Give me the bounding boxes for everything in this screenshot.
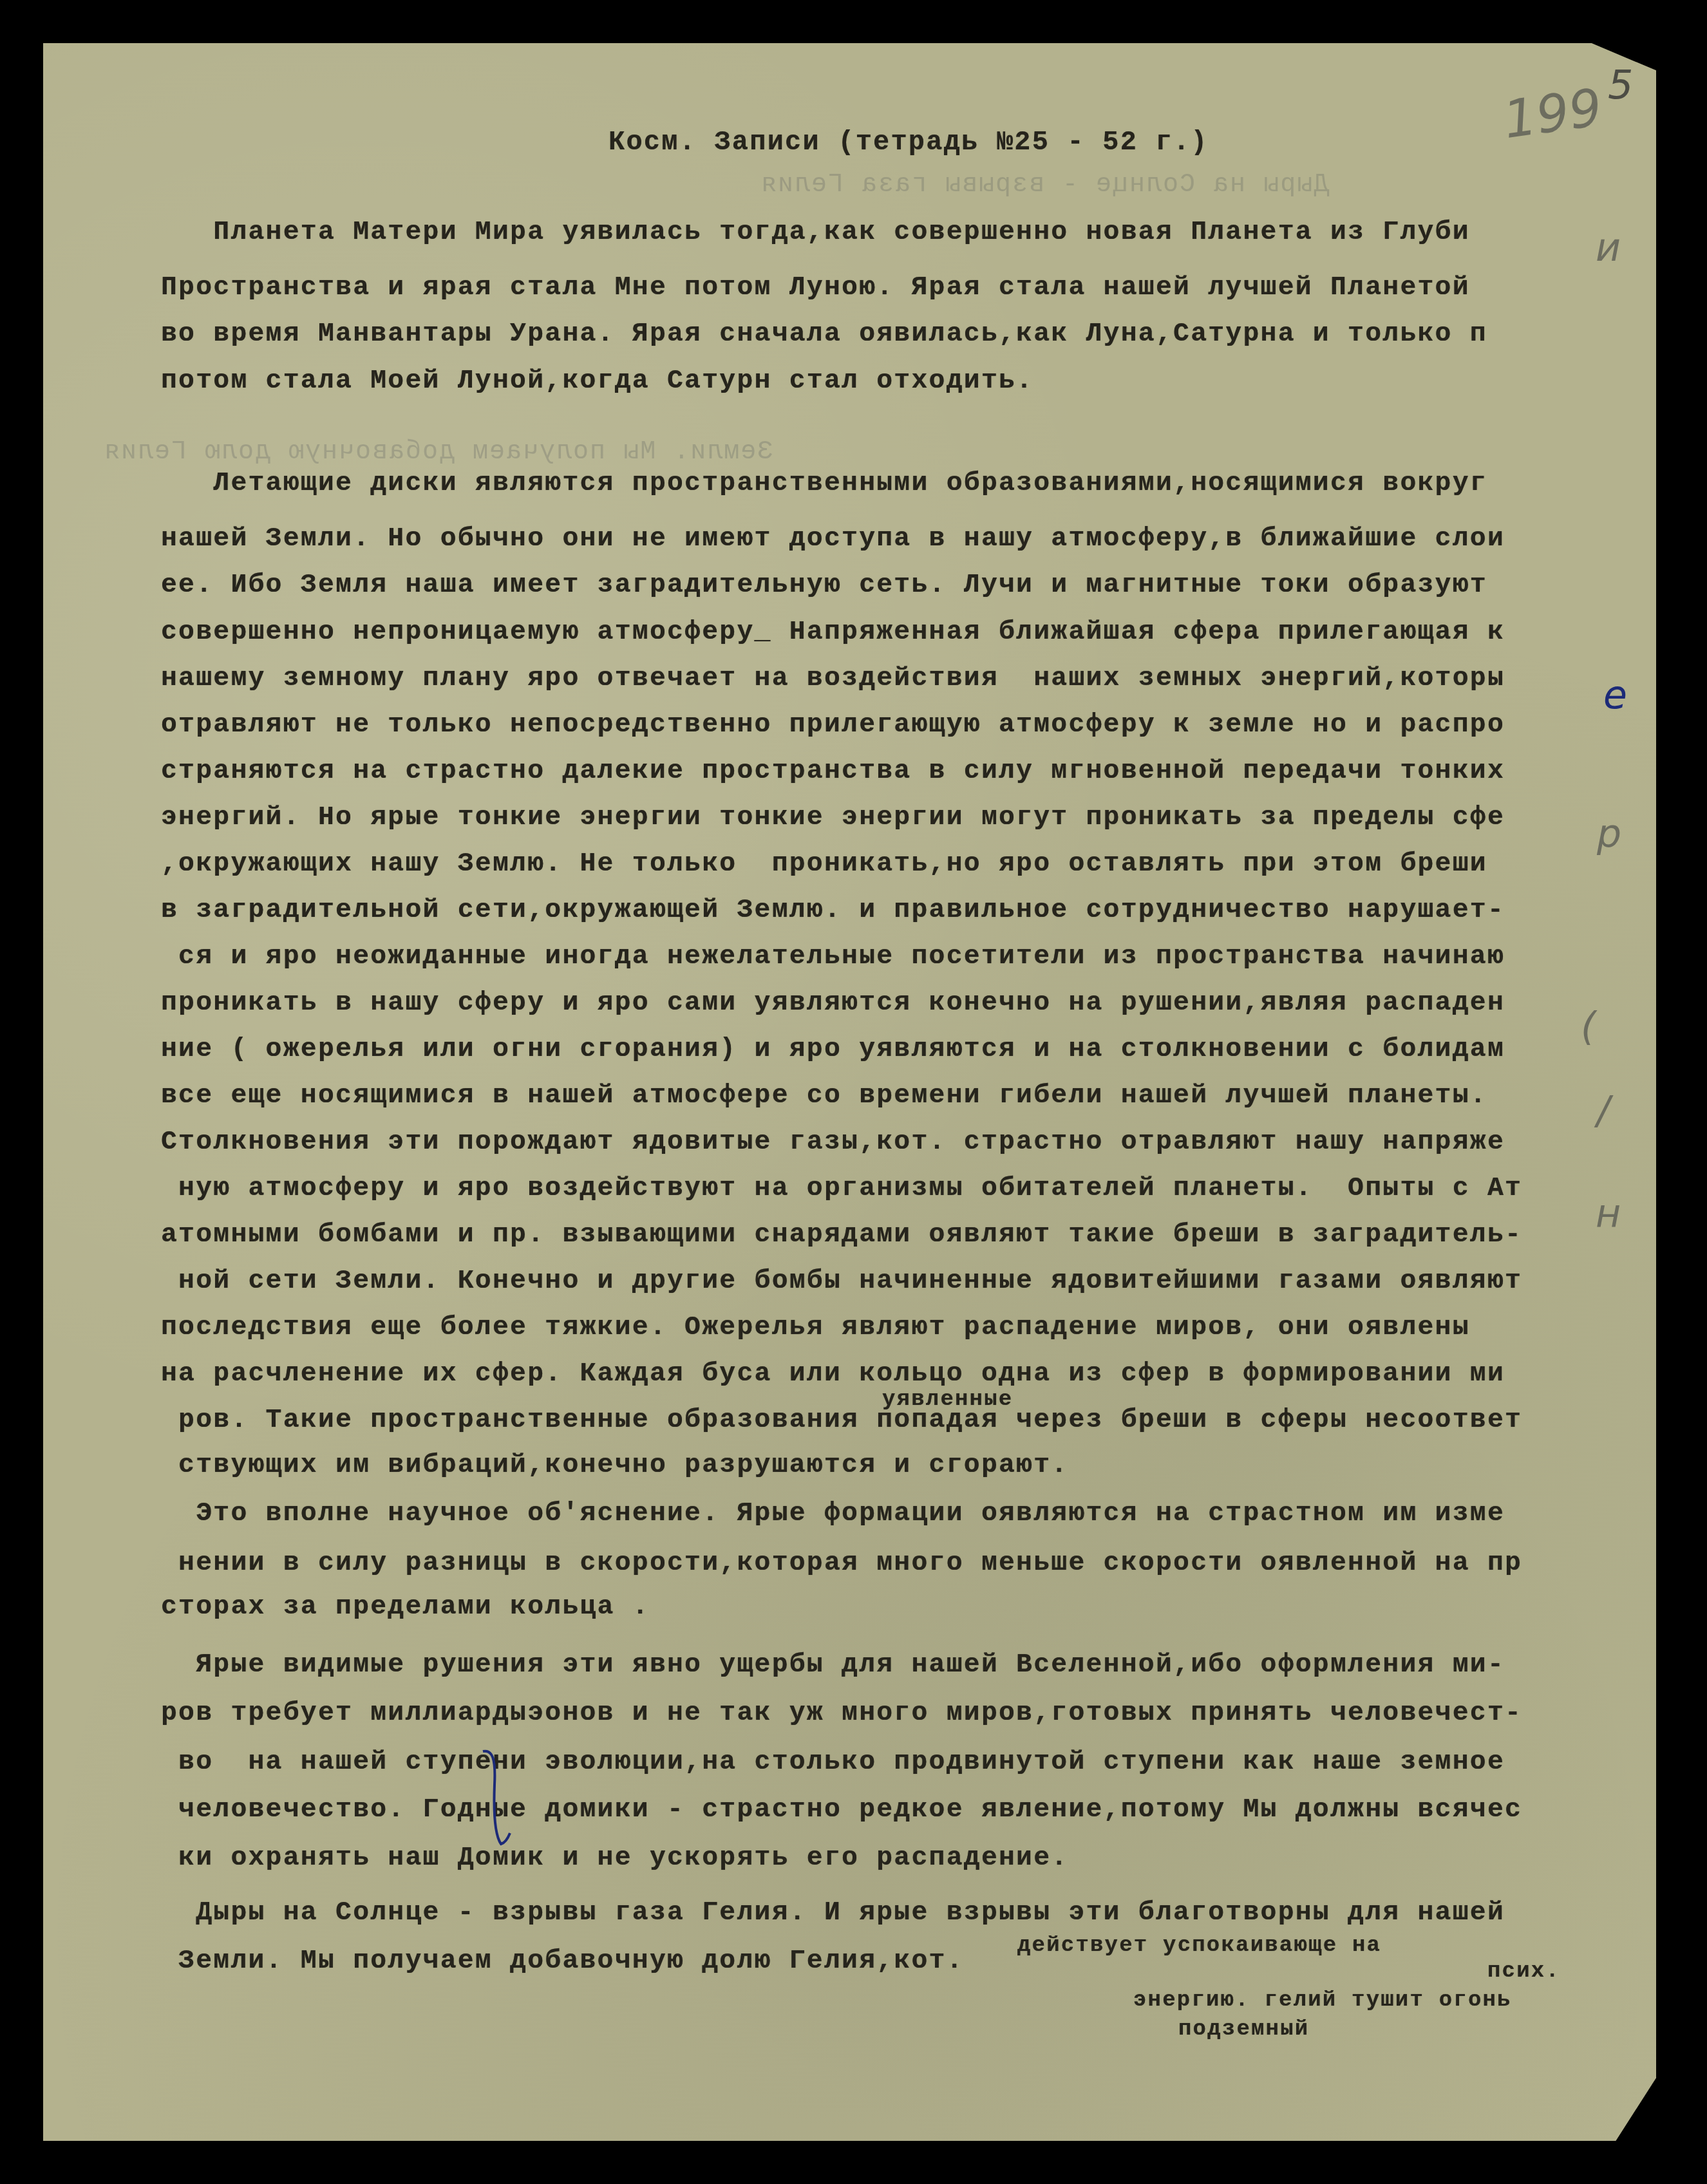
- bleed-through-text: Земли. Мы получаем добавочную долю Гелия: [103, 438, 773, 467]
- text-line: Ярые видимые рушения эти явно ущербы для…: [161, 1652, 1505, 1679]
- bleed-through-text: Дыры на Солнце - взрывы газа Гелия: [760, 171, 1329, 200]
- text-line: страняются на страстно далекие пространс…: [161, 758, 1505, 785]
- text-line: ров требует миллиардыэонов и не так уж м…: [161, 1700, 1522, 1727]
- interlinear-insertion: действует успокаивающе на: [1017, 1935, 1381, 1957]
- margin-mark: р: [1597, 811, 1621, 856]
- text-line: Пространства и ярая стала Мне потом Луно…: [161, 274, 1470, 301]
- text-line: во время Манвантары Урана. Ярая сначала …: [161, 321, 1487, 348]
- text-line: нении в силу разницы в скорости,которая …: [161, 1550, 1522, 1577]
- text-line: отравляют не только непосредственно прил…: [161, 711, 1505, 739]
- text-line: Летающие диски являются пространственным…: [161, 470, 1487, 497]
- text-line: ее. Ибо Земля наша имеет заградительную …: [161, 572, 1487, 599]
- document-title: Косм. Записи (тетрадь №25 - 52 г.): [608, 129, 1209, 156]
- margin-mark: н: [1596, 1191, 1621, 1236]
- text-line: человечество. Годные домики - страстно р…: [161, 1796, 1522, 1823]
- text-line: Земли. Мы получаем добавочную долю Гелия…: [161, 1948, 964, 1975]
- margin-mark: /: [1597, 1088, 1610, 1133]
- text-line: ки охранять наш Домик и не ускорять его …: [161, 1845, 1068, 1872]
- interlinear-insertion: подземный: [1178, 2019, 1309, 2040]
- margin-mark: и: [1596, 225, 1621, 270]
- text-line: Дыры на Солнце - взрывы газа Гелия. И яр…: [161, 1899, 1505, 1926]
- text-line: проникать в нашу сферу и яро сами уявляю…: [161, 990, 1505, 1017]
- margin-mark: (: [1581, 1004, 1596, 1050]
- text-line: ров. Такие пространственные образования …: [161, 1407, 1522, 1434]
- interlinear-insertion: энергию. гелий тушит огонь: [1133, 1990, 1512, 2011]
- text-line: ние ( ожерелья или огни сгорания) и яро …: [161, 1036, 1505, 1063]
- text-line: все еще носящимися в нашей атмосфере со …: [161, 1082, 1487, 1109]
- text-line: энергий. Но ярые тонкие энергии тонкие э…: [161, 804, 1505, 831]
- text-line: совершенно непроницаемую атмосферу_ Напр…: [161, 619, 1505, 646]
- text-line: во на нашей ступени эволюции,на столько …: [161, 1749, 1505, 1776]
- text-line: Это вполне научное об'яснение. Ярые форм…: [161, 1500, 1505, 1527]
- page-number-ink: 5: [1608, 61, 1633, 108]
- text-line: на расчленение их сфер. Каждая буса или …: [161, 1360, 1505, 1388]
- ink-correction-mark: [476, 1746, 522, 1856]
- text-line: в заградительной сети,окружающей Землю. …: [161, 897, 1505, 924]
- text-line: ную атмосферу и яро воздействуют на орга…: [161, 1175, 1522, 1202]
- text-line: Столкновения эти порождают ядовитые газы…: [161, 1129, 1505, 1156]
- interlinear-insertion: псих.: [1487, 1961, 1560, 1982]
- text-line: потом стала Моей Луной,когда Сатурн стал…: [161, 368, 1033, 395]
- margin-mark: е: [1603, 673, 1627, 718]
- text-line: Планета Матери Мира уявилась тогда,как с…: [161, 219, 1470, 246]
- text-line: нашему земному плану яро отвечает на воз…: [161, 665, 1505, 692]
- text-line: ,окружающих нашу Землю. Не только проник…: [161, 851, 1487, 878]
- text-line: последствия еще более тяжкие. Ожерелья я…: [161, 1314, 1470, 1341]
- text-line: ствующих им вибраций,конечно разрушаются…: [161, 1452, 1068, 1479]
- text-line: сторах за пределами кольца .: [161, 1594, 650, 1621]
- text-line: атомными бомбами и пр. взывающими снаряд…: [161, 1221, 1522, 1248]
- text-line: нашей Земли. Но обычно они не имеют дост…: [161, 525, 1505, 552]
- text-line: ся и яро неожиданные иногда нежелательны…: [161, 943, 1505, 970]
- interlinear-insertion: уявленные: [882, 1389, 1013, 1411]
- text-line: ной сети Земли. Конечно и другие бомбы н…: [161, 1268, 1522, 1295]
